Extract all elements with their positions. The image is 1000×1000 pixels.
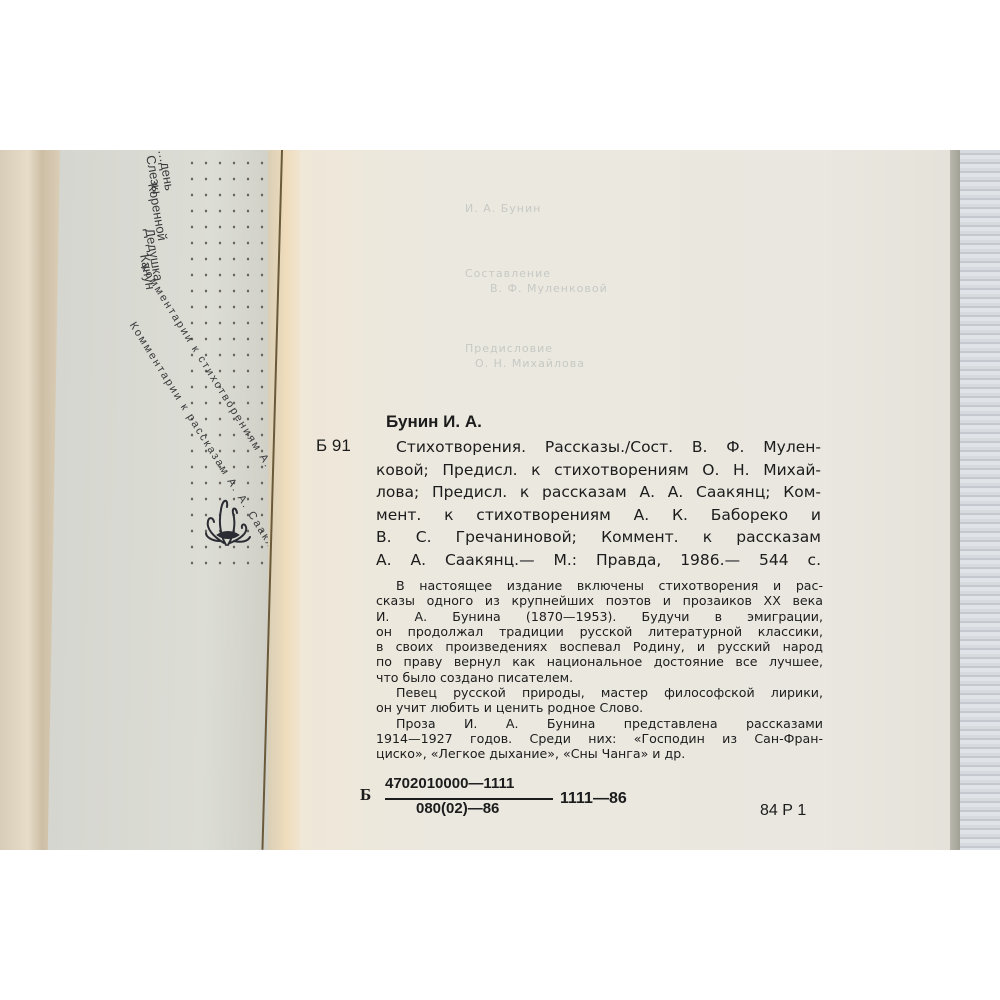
index-numerator: 4702010000—1111 [385,775,514,792]
annotation-line: циско», «Легкое дыхание», «Сны Чанга» и … [376,746,823,761]
annotation-line: сказы одного из крупнейших поэтов и проз… [376,593,823,608]
annotation-line: Певец русской природы, мастер философско… [376,685,823,700]
annotation-line: 1914—1927 годов. Среди них: «Господин из… [376,731,823,746]
biblio-line: В. С. Гречаниновой; Коммент. к рассказам [376,526,821,549]
biblio-line: Стихотворения. Рассказы./Сост. В. Ф. Мул… [376,436,821,459]
biblio-line: лова; Предисл. к рассказам А. А. Саакянц… [376,481,821,504]
biblio-line: А. А. Саакянц.— М.: Правда, 1986.— 544 с… [376,549,821,572]
annotation-line: Проза И. А. Бунина представлена рассказа… [376,716,823,731]
bbk-code: 84 Р 1 [760,802,806,820]
classification-code: Б 91 [316,436,351,456]
annotation-line: он продолжал традиции русской литературн… [376,624,823,639]
bibliographic-description: Стихотворения. Рассказы./Сост. В. Ф. Мул… [376,436,821,571]
index-denominator: 080(02)—86 [416,800,499,817]
biblio-line: мент. к стихотворениям А. К. Бабореко и [376,504,821,527]
annotation-line: он учит любить и ценить родное Слово. [376,700,823,715]
annotation-line: что было создано писателем. [376,670,823,685]
annotation-line: по праву вернул как национальное достоян… [376,654,823,669]
annotation-line: В настоящее издание включены стихотворен… [376,578,823,593]
footer-letter: Б [360,785,371,805]
annotation-line: И. А. Бунина (1870—1953). Будучи в эмигр… [376,609,823,624]
order-code: 1111—86 [560,790,627,808]
author-heading: Бунин И. А. [386,412,482,432]
annotation: В настоящее издание включены стихотворен… [376,578,823,762]
imprint-page-text: Бунин И. А. Б 91 Стихотворения. Рассказы… [0,0,1000,1000]
biblio-line: ковой; Предисл. к стихотворениям О. Н. М… [376,459,821,482]
annotation-line: в своих произведениях воспевал Родину, и… [376,639,823,654]
